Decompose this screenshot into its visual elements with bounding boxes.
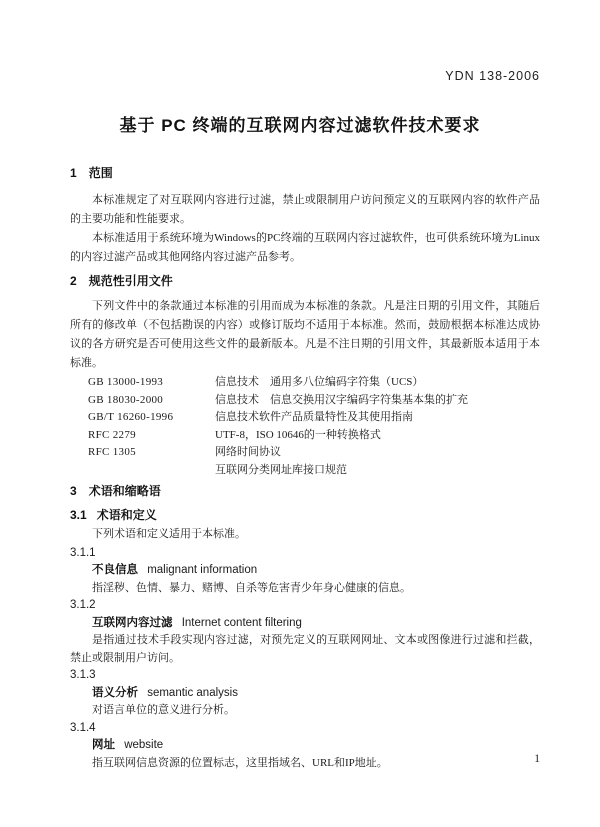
- term-name: 网址 website: [70, 737, 540, 755]
- document-page: YDN 138-2006 基于 PC 终端的互联网内容过滤软件技术要求 1范围 …: [0, 0, 600, 827]
- section-3-1-title: 术语和定义: [97, 508, 157, 522]
- term-name: 语义分析 semantic analysis: [70, 685, 540, 703]
- term-entry: 3.1.2 互联网内容过滤 Internet content filtering…: [70, 597, 540, 667]
- term-name-en: malignant information: [147, 564, 257, 576]
- term-name-zh: 语义分析: [92, 687, 138, 699]
- section-2-intro: 下列文件中的条款通过本标准的引用而成为本标准的条款。凡是注日期的引用文件，其随后…: [70, 297, 540, 373]
- section-3-heading: 3术语和缩略语: [70, 484, 540, 498]
- term-clause-number: 3.1.1: [70, 545, 540, 563]
- section-2-heading: 2规范性引用文件: [70, 274, 540, 288]
- reference-row: 互联网分类网址库接口规范: [70, 462, 540, 480]
- term-definition: 是指通过技术手段实现内容过滤，对预先定义的互联网网址、文本或图像进行过滤和拦截，…: [70, 632, 540, 667]
- section-2-title: 规范性引用文件: [89, 274, 173, 288]
- reference-row: RFC 1305 网络时间协议: [70, 444, 540, 462]
- section-1-heading: 1范围: [70, 166, 540, 180]
- reference-title: 信息技术软件产品质量特性及其使用指南: [215, 409, 540, 427]
- reference-row: GB 13000-1993 信息技术 通用多八位编码字符集（UCS）: [70, 374, 540, 392]
- section-3-number: 3: [70, 484, 77, 498]
- reference-label: GB 18030-2000: [88, 392, 215, 410]
- reference-title: 互联网分类网址库接口规范: [215, 462, 540, 480]
- doc-number: YDN 138-2006: [445, 69, 540, 83]
- section-3-title: 术语和缩略语: [89, 484, 161, 498]
- term-name-zh: 不良信息: [92, 564, 138, 576]
- term-clause-number: 3.1.4: [70, 720, 540, 738]
- term-name-en: Internet content filtering: [182, 617, 302, 629]
- section-1-paragraph: 本标准适用于系统环境为Windows的PC终端的互联网内容过滤软件，也可供系统环…: [70, 229, 540, 267]
- reference-row: GB/T 16260-1996 信息技术软件产品质量特性及其使用指南: [70, 409, 540, 427]
- reference-title: 信息技术 通用多八位编码字符集（UCS）: [215, 374, 540, 392]
- term-entry: 3.1.4 网址 website 指互联网信息资源的位置标志，这里指域名、URL…: [70, 720, 540, 773]
- term-clause-number: 3.1.3: [70, 667, 540, 685]
- term-clause-number: 3.1.2: [70, 597, 540, 615]
- reference-label: RFC 2279: [88, 427, 215, 445]
- section-1-paragraph: 本标准规定了对互联网内容进行过滤，禁止或限制用户访问预定义的互联网内容的软件产品…: [70, 191, 540, 229]
- reference-row: GB 18030-2000 信息技术 信息交换用汉字编码字符集基本集的扩充: [70, 392, 540, 410]
- section-1-title: 范围: [89, 166, 113, 180]
- section-2-number: 2: [70, 274, 77, 288]
- terms-list: 3.1.1 不良信息 malignant information 指淫秽、色情、…: [70, 545, 540, 773]
- term-definition: 指淫秽、色情、暴力、赌博、自杀等危害青少年身心健康的信息。: [70, 580, 540, 598]
- reference-title: UTF-8，ISO 10646的一种转换格式: [215, 427, 540, 445]
- document-title: 基于 PC 终端的互联网内容过滤软件技术要求: [0, 111, 600, 136]
- reference-label: [88, 462, 215, 480]
- document-body: 1范围 本标准规定了对互联网内容进行过滤，禁止或限制用户访问预定义的互联网内容的…: [70, 166, 540, 772]
- reference-label: GB/T 16260-1996: [88, 409, 215, 427]
- term-entry: 3.1.3 语义分析 semantic analysis 对语言单位的意义进行分…: [70, 667, 540, 720]
- term-name: 不良信息 malignant information: [70, 562, 540, 580]
- term-name: 互联网内容过滤 Internet content filtering: [70, 615, 540, 633]
- section-3-1-number: 3.1: [70, 508, 87, 522]
- term-name-en: semantic analysis: [147, 687, 238, 699]
- reference-label: RFC 1305: [88, 444, 215, 462]
- section-1-number: 1: [70, 166, 77, 180]
- reference-label: GB 13000-1993: [88, 374, 215, 392]
- term-name-zh: 网址: [92, 739, 115, 751]
- reference-title: 信息技术 信息交换用汉字编码字符集基本集的扩充: [215, 392, 540, 410]
- page-number: 1: [534, 753, 540, 765]
- terms-note: 下列术语和定义适用于本标准。: [70, 526, 540, 544]
- references-list: GB 13000-1993 信息技术 通用多八位编码字符集（UCS） GB 18…: [70, 374, 540, 479]
- term-definition: 指互联网信息资源的位置标志，这里指域名、URL和IP地址。: [70, 755, 540, 773]
- term-name-en: website: [124, 739, 163, 751]
- term-definition: 对语言单位的意义进行分析。: [70, 702, 540, 720]
- reference-title: 网络时间协议: [215, 444, 540, 462]
- term-name-zh: 互联网内容过滤: [92, 617, 173, 629]
- reference-row: RFC 2279 UTF-8，ISO 10646的一种转换格式: [70, 427, 540, 445]
- section-3-1-heading: 3.1术语和定义: [70, 508, 540, 522]
- term-entry: 3.1.1 不良信息 malignant information 指淫秽、色情、…: [70, 545, 540, 598]
